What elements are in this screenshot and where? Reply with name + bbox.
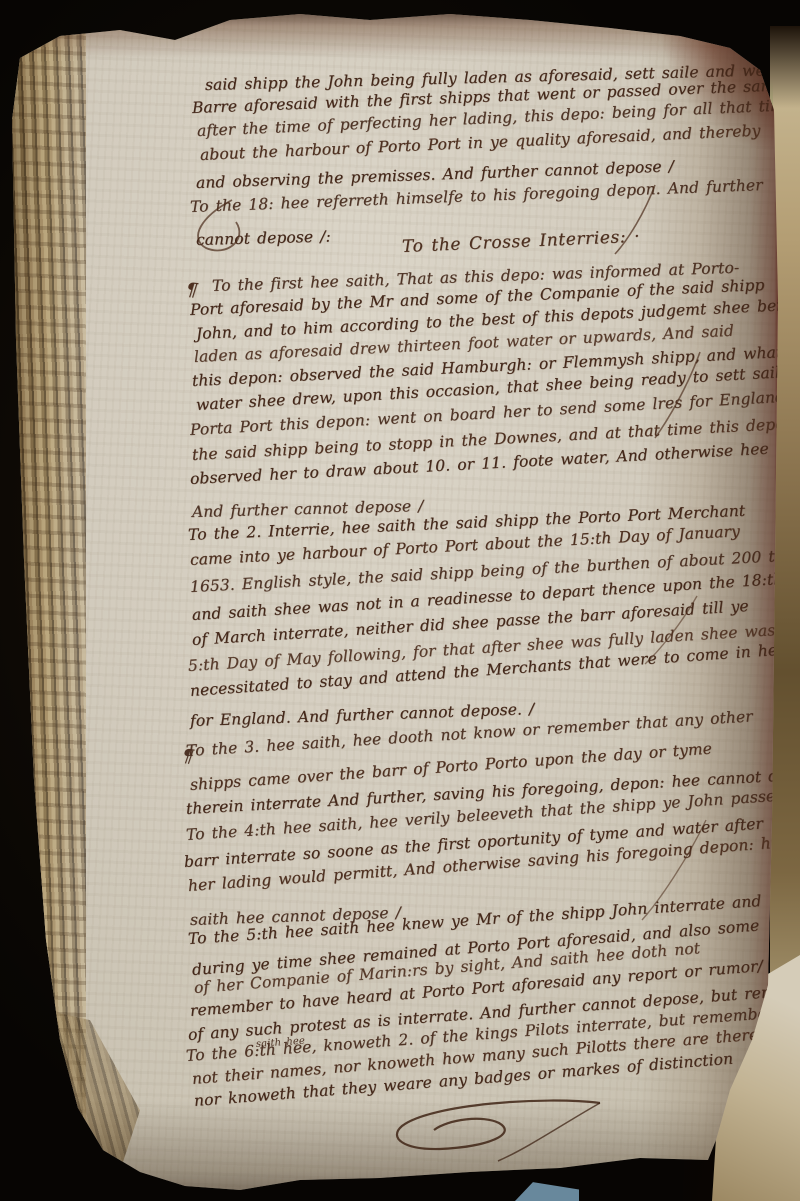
paragraph-mark: ¶ (181, 745, 195, 767)
manuscript-text: said shipp the John being fully laden as… (0, 0, 800, 1201)
photo-scene: said shipp the John being fully laden as… (0, 0, 800, 1201)
table-surface-glimpse (515, 1180, 579, 1201)
manuscript-page: said shipp the John being fully laden as… (0, 0, 800, 1201)
manuscript-line: cannot depose /: (196, 227, 331, 249)
paragraph-mark: ¶ (185, 279, 199, 301)
manuscript-heading: To the Crosse Interries: · (402, 227, 641, 257)
